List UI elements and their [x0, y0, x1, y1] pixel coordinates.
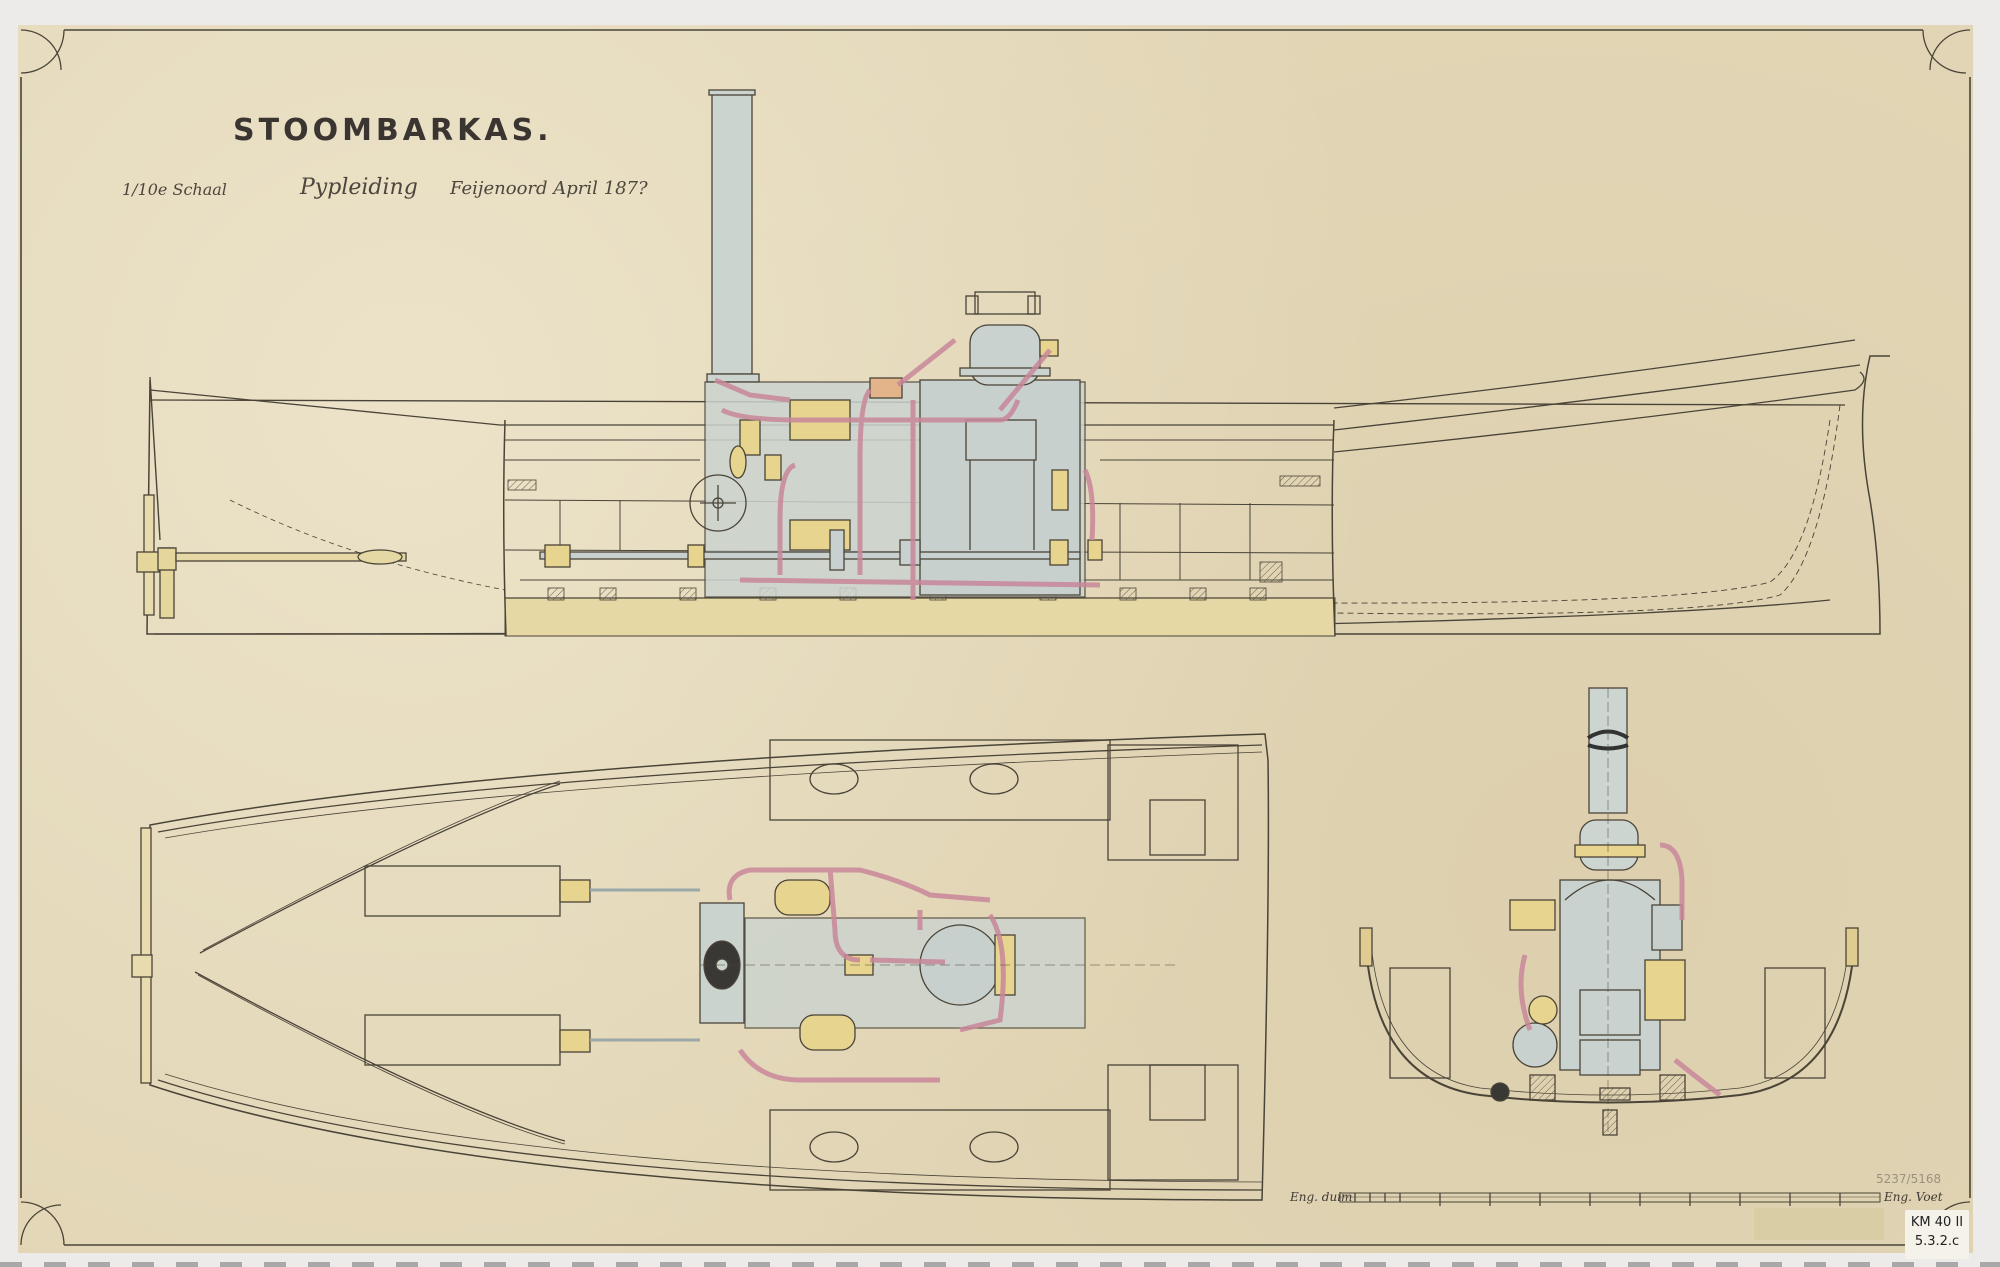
scale-note: 1/10e Schaal [122, 180, 227, 199]
rudder [137, 377, 406, 618]
scale-bar-left-label: Eng. duim [1290, 1190, 1352, 1204]
drawing-title: STOOMBARKAS. [233, 113, 553, 148]
cross-section-view [1360, 688, 1858, 1135]
archive-label-line1: KM 40 II [1905, 1213, 1969, 1232]
scale-bar-right-label: Eng. Voet [1884, 1190, 1943, 1204]
archive-label: KM 40 II 5.3.2.c [1905, 1210, 1969, 1259]
funnel [707, 90, 759, 382]
engine-room-machinery [540, 292, 1102, 597]
subject-note: Pypleiding [300, 175, 418, 200]
pencil-reference: 5237/5168 [1876, 1172, 1941, 1186]
archive-label-line2: 5.3.2.c [1905, 1232, 1969, 1251]
place-date-note: Feijenoord April 187? [450, 178, 648, 199]
repair-tape [1754, 1208, 1884, 1240]
side-elevation-view [137, 90, 1890, 636]
scale-bar [1340, 1193, 1880, 1206]
plan-view [132, 734, 1268, 1200]
